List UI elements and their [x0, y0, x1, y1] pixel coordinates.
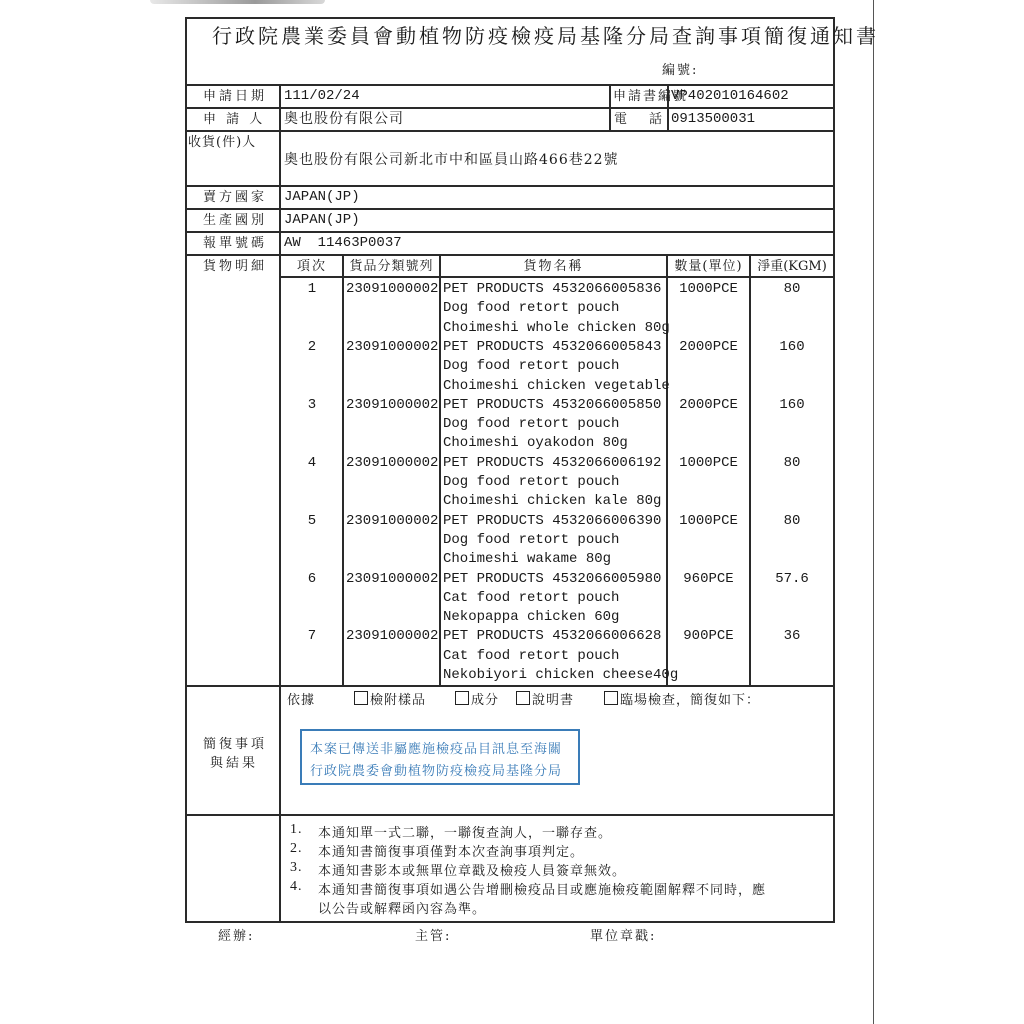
note-number: 4. — [290, 879, 303, 895]
supervisor-signature-label: 主管: — [415, 930, 451, 943]
item-name-line: PET PRODUCTS 4532066005836 — [443, 282, 661, 296]
item-hs-code: 23091000002 — [346, 514, 438, 528]
item-name-line: Choimeshi chicken vegetable — [443, 379, 670, 393]
item-name-line: Dog food retort pouch — [443, 301, 619, 315]
rule — [185, 231, 835, 233]
phone-label-left: 電 — [614, 113, 630, 126]
stamp-line-1: 本案已傳送非屬應施檢疫品目訊息至海關 — [310, 738, 562, 757]
rule — [185, 185, 835, 187]
item-net-weight: 80 — [750, 282, 834, 296]
consignee-value: 奧也股份有限公司新北市中和區員山路466巷22號 — [284, 153, 619, 167]
item-name-line: PET PRODUCTS 4532066006192 — [443, 456, 661, 470]
stamp-line-2: 行政院農委會動植物防疫檢疫局基隆分局 — [310, 760, 562, 779]
note-number: 1. — [290, 822, 303, 838]
column-header-item-no: 項次 — [281, 260, 343, 273]
checkbox-icon[interactable] — [455, 691, 469, 705]
note-text: 以公告或解釋函內容為準。 — [318, 898, 486, 917]
item-net-weight: 36 — [750, 629, 834, 643]
item-quantity: 1000PCE — [667, 282, 750, 296]
applicant-label: 申 請 人 — [203, 113, 265, 126]
item-name-line: PET PRODUCTS 4532066005850 — [443, 398, 661, 412]
column-header-net-weight: 淨重(KGM) — [750, 260, 834, 273]
item-hs-code: 23091000002 — [346, 572, 438, 586]
checkbox-icon[interactable] — [604, 691, 618, 705]
office-stamp: 本案已傳送非屬應施檢疫品目訊息至海關 行政院農委會動植物防疫檢疫局基隆分局 — [300, 729, 580, 785]
column-header-hs-code: 貨品分類號列 — [343, 260, 440, 273]
item-quantity: 2000PCE — [667, 340, 750, 354]
item-name-line: PET PRODUCTS 4532066006628 — [443, 629, 661, 643]
option-attached-sample[interactable]: 檢附樣品 — [354, 689, 426, 708]
item-number: 4 — [281, 456, 343, 470]
item-net-weight: 160 — [750, 340, 834, 354]
item-name-line: Choimeshi whole chicken 80g — [443, 321, 670, 335]
rule — [439, 254, 441, 686]
item-name-line: Dog food retort pouch — [443, 359, 619, 373]
item-name-line: Dog food retort pouch — [443, 475, 619, 489]
item-name-line: Cat food retort pouch — [443, 649, 619, 663]
checkbox-icon[interactable] — [516, 691, 530, 705]
reply-section-label-line1: 簡復事項 — [203, 738, 267, 751]
note-text: 本通知書影本或無單位章戳及檢疫人員簽章無效。 — [318, 860, 626, 879]
basis-label: 依據 — [287, 689, 315, 708]
item-name-line: PET PRODUCTS 4532066005980 — [443, 572, 661, 586]
handler-signature-label: 經辦: — [218, 930, 254, 943]
item-quantity: 1000PCE — [667, 514, 750, 528]
rule — [749, 254, 751, 686]
rule — [185, 208, 835, 210]
note-text: 本通知書簡復事項如遇公告增刪檢疫品目或應施檢疫範圍解釋不同時，應 — [318, 879, 766, 898]
checkbox-icon[interactable] — [354, 691, 368, 705]
item-name-line: Dog food retort pouch — [443, 533, 619, 547]
rule — [833, 17, 835, 923]
note-number: 2. — [290, 841, 303, 857]
item-quantity: 900PCE — [667, 629, 750, 643]
origin-country-value: JAPAN(JP) — [284, 213, 360, 227]
rule — [609, 84, 611, 131]
item-number: 5 — [281, 514, 343, 528]
item-quantity: 960PCE — [667, 572, 750, 586]
serial-number-label: 編號: — [662, 64, 698, 77]
rule — [185, 921, 835, 923]
consignee-label: 收貨(件)人 — [188, 136, 256, 149]
item-number: 6 — [281, 572, 343, 586]
item-number: 3 — [281, 398, 343, 412]
item-name-line: Nekopappa chicken 60g — [443, 610, 619, 624]
column-header-goods-name: 貨物名稱 — [440, 260, 667, 273]
declaration-number-value: AW 11463P0037 — [284, 236, 402, 250]
option-onsite-inspection[interactable]: 臨場檢查，簡復如下： — [604, 689, 760, 708]
item-number: 7 — [281, 629, 343, 643]
item-name-line: PET PRODUCTS 4532066006390 — [443, 514, 661, 528]
option-ingredients[interactable]: 成分 — [455, 689, 499, 708]
note-text: 本通知單一式二聯，一聯復查詢人，一聯存查。 — [318, 822, 612, 841]
rule — [280, 276, 835, 278]
origin-country-label: 生產國別 — [203, 214, 267, 227]
item-name-line: Choimeshi chicken kale 80g — [443, 494, 661, 508]
item-hs-code: 23091000002 — [346, 282, 438, 296]
item-name-line: Cat food retort pouch — [443, 591, 619, 605]
item-net-weight: 80 — [750, 514, 834, 528]
goods-detail-label: 貨物明細 — [203, 260, 267, 273]
item-name-line: Choimeshi wakame 80g — [443, 552, 611, 566]
item-name-line: Dog food retort pouch — [443, 417, 619, 431]
document-title: 行政院農業委員會動植物防疫檢疫局基隆分局查詢事項簡復通知書 — [212, 26, 879, 46]
rule — [185, 17, 835, 19]
option-label: 檢附樣品 — [370, 693, 426, 708]
reply-section-label-line2: 與結果 — [210, 757, 258, 770]
column-header-quantity: 數量(單位) — [667, 260, 750, 273]
application-date-label: 申請日期 — [203, 90, 267, 103]
rule — [279, 84, 281, 923]
item-hs-code: 23091000002 — [346, 629, 438, 643]
seller-country-label: 賣方國家 — [203, 191, 267, 204]
item-name-line: Nekobiyori chicken cheese40g — [443, 668, 678, 682]
item-name-line: PET PRODUCTS 4532066005843 — [443, 340, 661, 354]
page-edge-line — [873, 0, 874, 1024]
phone-value: 0913500031 — [671, 112, 755, 126]
item-hs-code: 23091000002 — [346, 398, 438, 412]
rule — [185, 107, 835, 109]
item-quantity: 1000PCE — [667, 456, 750, 470]
application-date-value: 111/02/24 — [284, 89, 360, 103]
option-label: 成分 — [471, 693, 499, 708]
item-net-weight: 160 — [750, 398, 834, 412]
declaration-number-label: 報單號碼 — [203, 237, 267, 250]
item-hs-code: 23091000002 — [346, 340, 438, 354]
scan-shadow — [150, 0, 325, 4]
option-label: 臨場檢查，簡復如下： — [620, 693, 760, 708]
form-number-value: VP402010164602 — [671, 89, 789, 103]
applicant-value: 奧也股份有限公司 — [284, 112, 404, 126]
rule — [185, 254, 835, 256]
seller-country-value: JAPAN(JP) — [284, 190, 360, 204]
item-quantity: 2000PCE — [667, 398, 750, 412]
note-text: 本通知書簡復事項僅對本次查詢事項判定。 — [318, 841, 584, 860]
rule — [185, 84, 835, 86]
option-instructions[interactable]: 說明書 — [516, 689, 574, 708]
item-number: 2 — [281, 340, 343, 354]
rule — [342, 254, 344, 686]
rule — [185, 814, 835, 816]
rule — [185, 17, 187, 923]
phone-label-right: 話 — [649, 113, 665, 126]
rule — [185, 685, 835, 687]
item-name-line: Choimeshi oyakodon 80g — [443, 436, 628, 450]
option-label: 說明書 — [532, 693, 574, 708]
rule — [666, 254, 668, 686]
note-number: 3. — [290, 860, 303, 876]
unit-seal-label: 單位章戳: — [590, 930, 656, 943]
item-net-weight: 80 — [750, 456, 834, 470]
item-number: 1 — [281, 282, 343, 296]
item-net-weight: 57.6 — [750, 572, 834, 586]
item-hs-code: 23091000002 — [346, 456, 438, 470]
rule — [185, 130, 835, 132]
